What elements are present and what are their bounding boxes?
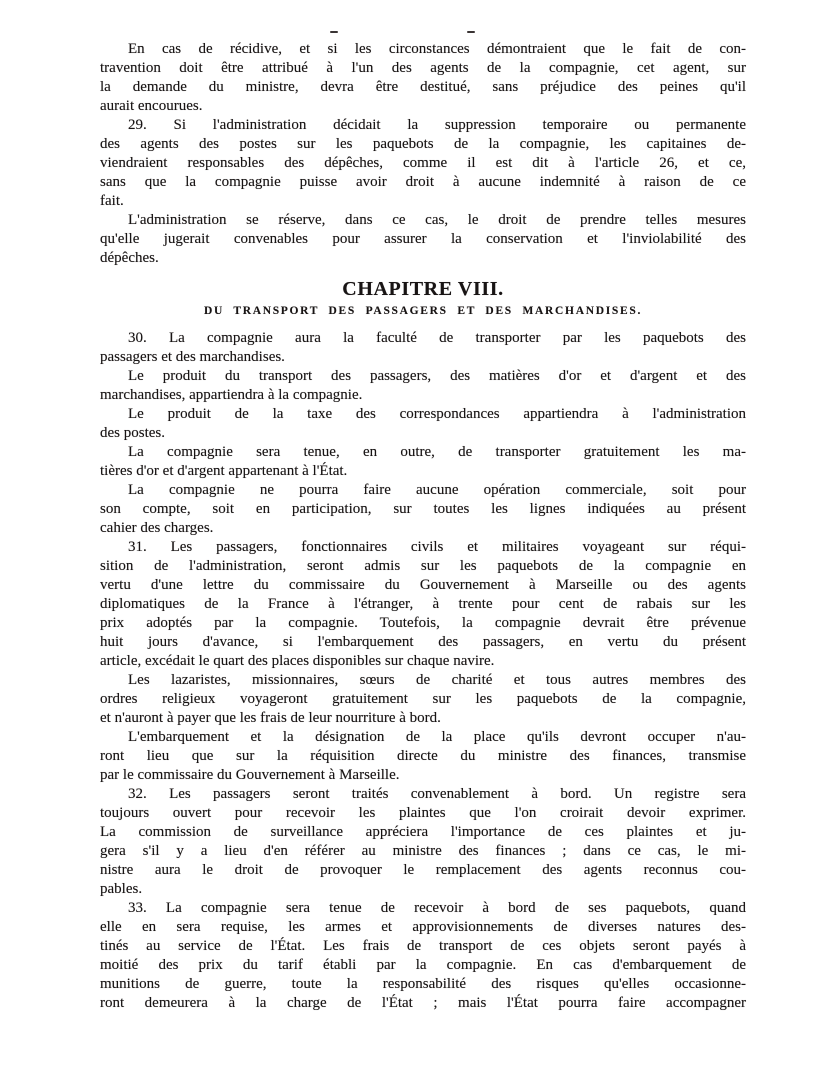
chapter-subtitle: DU TRANSPORT DES PASSAGERS ET DES MARCHA… — [100, 304, 746, 319]
text-line: viendraient responsables des dépêches, c… — [100, 154, 746, 173]
text-line: son compte, soit en participation, sur t… — [100, 500, 746, 519]
text-line: ordres religieux voyageront gratuitement… — [100, 690, 746, 709]
paragraph: L'administration se réserve, dans ce cas… — [100, 211, 746, 268]
text-line: dépêches. — [100, 249, 746, 268]
paragraph: La compagnie sera tenue, en outre, de tr… — [100, 443, 746, 481]
paragraph: Le produit de la taxe des correspondance… — [100, 405, 746, 443]
text-line: fait. — [100, 192, 746, 211]
paragraph: 30. La compagnie aura la faculté de tran… — [100, 329, 746, 367]
paragraph: 33. La compagnie sera tenue de recevoir … — [100, 899, 746, 1013]
paragraph: En cas de récidive, et si les circonstan… — [100, 40, 746, 116]
text-line: Le produit du transport des passagers, d… — [100, 367, 746, 386]
text-line: article, excédait le quart des places di… — [100, 652, 746, 671]
text-line: Les lazaristes, missionnaires, sœurs de … — [100, 671, 746, 690]
text-line: marchandises, appartiendra à la compagni… — [100, 386, 746, 405]
scanned-document-page: En cas de récidive, et si les circonstan… — [0, 0, 830, 1081]
text-line: huit jours d'avance, si l'embarquement d… — [100, 633, 746, 652]
page-text-column: En cas de récidive, et si les circonstan… — [100, 40, 746, 1013]
text-line: cahier des charges. — [100, 519, 746, 538]
text-line: qu'elle jugerait convenables pour assure… — [100, 230, 746, 249]
text-line: travention doit être attribué à l'un des… — [100, 59, 746, 78]
paragraph: La compagnie ne pourra faire aucune opér… — [100, 481, 746, 538]
text-line: passagers et des marchandises. — [100, 348, 746, 367]
text-line: diplomatiques de la France à l'étranger,… — [100, 595, 746, 614]
text-line: ront demeurera à la charge de l'État ; m… — [100, 994, 746, 1013]
text-line: elle en sera requise, les armes et appro… — [100, 918, 746, 937]
text-line: tières d'or et d'argent appartenant à l'… — [100, 462, 746, 481]
text-line: 32. Les passagers seront traités convena… — [100, 785, 746, 804]
text-line: vertu d'une lettre du commissaire du Gou… — [100, 576, 746, 595]
scan-artifact-mark — [467, 31, 475, 33]
paragraph: 31. Les passagers, fonctionnaires civils… — [100, 538, 746, 671]
text-line: pables. — [100, 880, 746, 899]
chapter-heading: CHAPITRE VIII. — [100, 278, 746, 301]
text-line: La compagnie ne pourra faire aucune opér… — [100, 481, 746, 500]
text-line: 33. La compagnie sera tenue de recevoir … — [100, 899, 746, 918]
text-line: La commission de surveillance appréciera… — [100, 823, 746, 842]
text-line: la demande du ministre, devra être desti… — [100, 78, 746, 97]
text-line: L'administration se réserve, dans ce cas… — [100, 211, 746, 230]
paragraph: Le produit du transport des passagers, d… — [100, 367, 746, 405]
text-line: La compagnie sera tenue, en outre, de tr… — [100, 443, 746, 462]
scan-artifact-mark — [330, 31, 338, 33]
text-line: moitié des prix du tarif établi par la c… — [100, 956, 746, 975]
text-line: prix adoptés par la compagnie. Toutefois… — [100, 614, 746, 633]
text-line: et n'auront à payer que les frais de leu… — [100, 709, 746, 728]
text-line: des postes. — [100, 424, 746, 443]
text-line: sition de l'administration, seront admis… — [100, 557, 746, 576]
text-line: munitions de guerre, toute la responsabi… — [100, 975, 746, 994]
text-line: Le produit de la taxe des correspondance… — [100, 405, 746, 424]
text-line: des agents des postes sur les paquebots … — [100, 135, 746, 154]
text-line: En cas de récidive, et si les circonstan… — [100, 40, 746, 59]
text-line: par le commissaire du Gouvernement à Mar… — [100, 766, 746, 785]
paragraph: 29. Si l'administration décidait la supp… — [100, 116, 746, 211]
paragraph: 32. Les passagers seront traités convena… — [100, 785, 746, 899]
text-line: nistre aura le droit de provoquer le rem… — [100, 861, 746, 880]
text-line: gera s'il y a lieu d'en référer au minis… — [100, 842, 746, 861]
paragraph: Les lazaristes, missionnaires, sœurs de … — [100, 671, 746, 728]
text-line: 30. La compagnie aura la faculté de tran… — [100, 329, 746, 348]
text-line: tinés au service de l'État. Les frais de… — [100, 937, 746, 956]
text-line: toujours ouvert pour recevoir les plaint… — [100, 804, 746, 823]
text-line: sans que la compagnie puisse avoir droit… — [100, 173, 746, 192]
text-line: L'embarquement et la désignation de la p… — [100, 728, 746, 747]
text-line: ront lieu que sur la réquisition directe… — [100, 747, 746, 766]
text-line: 31. Les passagers, fonctionnaires civils… — [100, 538, 746, 557]
paragraph: L'embarquement et la désignation de la p… — [100, 728, 746, 785]
text-line: aurait encourues. — [100, 97, 746, 116]
text-line: 29. Si l'administration décidait la supp… — [100, 116, 746, 135]
